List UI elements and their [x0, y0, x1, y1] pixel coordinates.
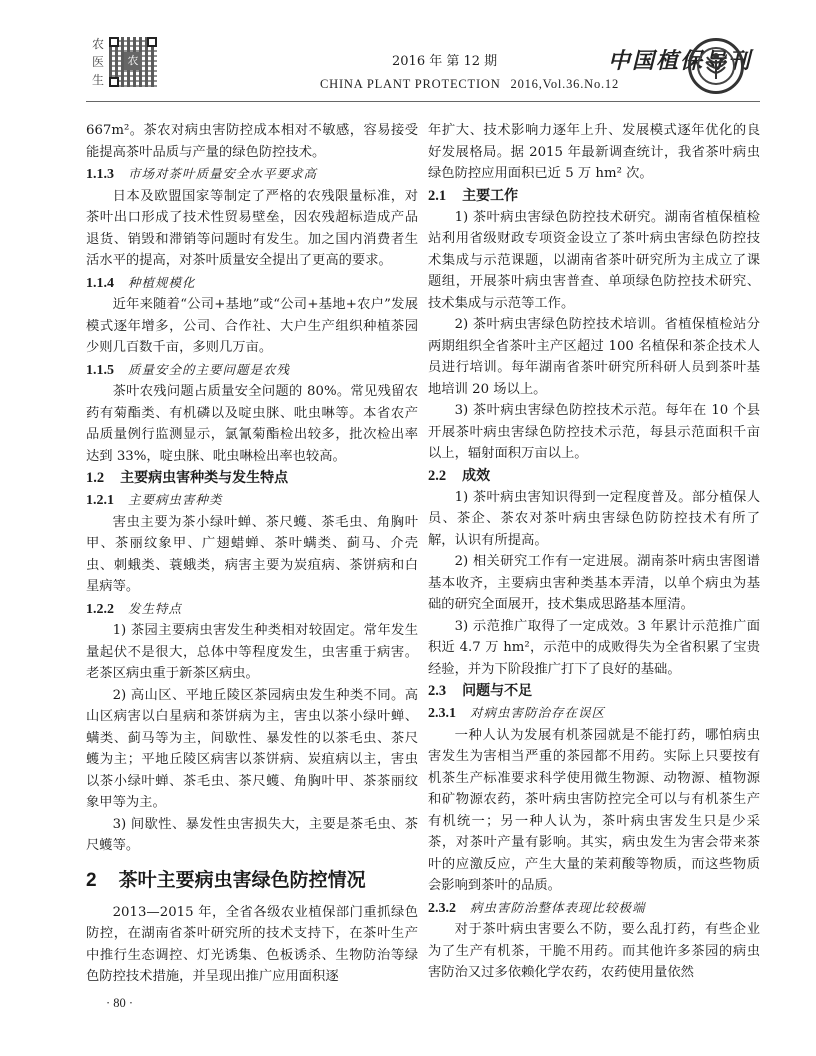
paragraph: 2) 茶叶病虫害绿色防控技术培训。省植保植检站分两期组织全省茶叶主产区超过 10… — [428, 314, 760, 400]
heading-title: 发生特点 — [128, 601, 182, 616]
heading-number: 1.1.5 — [86, 363, 114, 378]
heading-number: 2.3.2 — [428, 901, 456, 916]
paragraph: 茶叶农残问题占质量安全问题的 80%。常见残留农药有菊酯类、有机磷以及啶虫脒、吡… — [86, 381, 418, 467]
subsection-heading: 2.3问题与不足 — [428, 680, 760, 702]
heading-number: 2 — [86, 870, 97, 891]
paragraph: 3) 茶叶病虫害绿色防控技术示范。每年在 10 个县开展茶叶病虫害绿色防控技术示… — [428, 400, 760, 465]
subsubsection-heading: 1.2.1主要病虫害种类 — [86, 489, 418, 512]
heading-title: 茶叶主要病虫害绿色防控情况 — [119, 869, 366, 891]
heading-number: 2.3 — [428, 683, 446, 699]
heading-number: 1.1.3 — [86, 167, 114, 182]
heading-number: 1.2 — [86, 470, 104, 486]
paragraph: 一种人认为发展有机茶园就是不能打药，哪怕病虫害发生为害相当严重的茶园都不用药。实… — [428, 725, 760, 897]
wheat-emblem-icon — [699, 49, 733, 83]
paragraph: 1) 茶园主要病虫害发生种类相对较固定。常年发生量起伏不是很大，总体中等程度发生… — [86, 620, 418, 685]
paragraph: 2) 高山区、平地丘陵区茶园病虫发生种类不同。高山区病害以白星病和茶饼病为主，害… — [86, 685, 418, 814]
heading-title: 成效 — [462, 468, 490, 484]
heading-number: 2.2 — [428, 468, 446, 484]
heading-number: 2.1 — [428, 188, 446, 204]
heading-title: 主要病虫害种类 — [128, 492, 223, 507]
volume-label: 2016,Vol.36.No.12 — [511, 77, 620, 91]
subsection-heading: 2.2成效 — [428, 465, 760, 487]
heading-number: 1.2.1 — [86, 493, 114, 508]
subsection-heading: 1.2主要病虫害种类与发生特点 — [86, 467, 418, 489]
paragraph: 年扩大、技术影响力逐年上升、发展模式逐年优化的良好发展格局。据 2015 年最新… — [428, 120, 760, 185]
paragraph: 3) 间歇性、暴发性虫害损失大，主要是茶毛虫、茶尺蠖等。 — [86, 814, 418, 857]
left-column: 667m²。茶农对病虫害防控成本相对不敏感，容易接受能提高茶叶品质与产量的绿色防… — [86, 120, 418, 988]
heading-title: 问题与不足 — [462, 683, 532, 699]
qr-corner-icon — [147, 37, 157, 47]
journal-title-en: CHINA PLANT PROTECTION 2016,Vol.36.No.12 — [320, 77, 619, 92]
qr-code-block: 农 医 生 农 — [92, 35, 162, 89]
subsubsection-heading: 1.1.4种植规模化 — [86, 272, 418, 295]
section-heading: 2茶叶主要病虫害绿色防控情况 — [86, 867, 418, 894]
journal-logo-icon — [688, 38, 744, 94]
paragraph: 1) 茶叶病虫害绿色防控技术研究。湖南省植保植检站利用省级财政专项资金设立了茶叶… — [428, 207, 760, 315]
subsubsection-heading: 1.1.3市场对茶叶质量安全水平要求高 — [86, 163, 418, 186]
journal-name-en: CHINA PLANT PROTECTION — [320, 77, 501, 91]
heading-title: 主要工作 — [462, 188, 518, 204]
qr-side-label: 农 医 生 — [92, 35, 106, 89]
subsection-heading: 2.1主要工作 — [428, 185, 760, 207]
paragraph: 3) 示范推广取得了一定成效。3 年累计示范推广面积近 4.7 万 hm²，示范… — [428, 616, 760, 681]
subsubsection-heading: 2.3.1对病虫害防治存在误区 — [428, 702, 760, 725]
header-divider — [86, 101, 760, 102]
heading-title: 对病虫害防治存在误区 — [470, 705, 605, 720]
paragraph: 2013—2015 年，全省各级农业植保部门重抓绿色防控，在湖南省茶叶研究所的技… — [86, 902, 418, 988]
paragraph: 667m²。茶农对病虫害防控成本相对不敏感，容易接受能提高茶叶品质与产量的绿色防… — [86, 120, 418, 163]
subsubsection-heading: 2.3.2病虫害防治整体表现比较极端 — [428, 897, 760, 920]
paragraph: 1) 茶叶病虫害知识得到一定程度普及。部分植保人员、茶企、茶农对茶叶病虫害绿色防… — [428, 487, 760, 552]
heading-number: 1.2.2 — [86, 602, 114, 617]
issue-label: 2016 年 第 12 期 — [392, 50, 497, 69]
subsubsection-heading: 1.2.2发生特点 — [86, 598, 418, 621]
page-number: · 80 · — [106, 996, 133, 1011]
heading-number: 1.1.4 — [86, 276, 114, 291]
journal-header: 农 医 生 农 2016 年 第 12 期 中国植保导刊 CHINA PLANT… — [0, 0, 816, 112]
heading-title: 病虫害防治整体表现比较极端 — [470, 900, 646, 915]
paragraph: 2) 相关研究工作有一定进展。湖南茶叶病虫害图谱基本收齐，主要病虫害种类基本弄清… — [428, 551, 760, 616]
heading-title: 种植规模化 — [128, 275, 196, 290]
qr-corner-icon — [109, 37, 119, 47]
qr-center-logo: 农 — [124, 52, 142, 70]
heading-title: 主要病虫害种类与发生特点 — [120, 470, 288, 486]
right-column: 年扩大、技术影响力逐年上升、发展模式逐年优化的良好发展格局。据 2015 年最新… — [428, 120, 760, 984]
qr-corner-icon — [109, 77, 119, 87]
paragraph: 害虫主要为茶小绿叶蝉、茶尺蠖、茶毛虫、角胸叶甲、茶丽纹象甲、广翅蜡蝉、茶叶螨类、… — [86, 512, 418, 598]
subsubsection-heading: 1.1.5质量安全的主要问题是农残 — [86, 359, 418, 382]
heading-title: 市场对茶叶质量安全水平要求高 — [128, 166, 317, 181]
paragraph: 对于茶叶病虫害要么不防，要么乱打药，有些企业为了生产有机茶，干脆不用药。而其他许… — [428, 919, 760, 984]
heading-number: 2.3.1 — [428, 706, 456, 721]
paragraph: 近年来随着“公司+基地”或“公司+基地+农户”发展模式逐年增多，公司、合作社、大… — [86, 294, 418, 359]
paragraph: 日本及欧盟国家等制定了严格的农残限量标准，对茶叶出口形成了技术性贸易壁垒，因农残… — [86, 186, 418, 272]
heading-title: 质量安全的主要问题是农残 — [128, 362, 290, 377]
